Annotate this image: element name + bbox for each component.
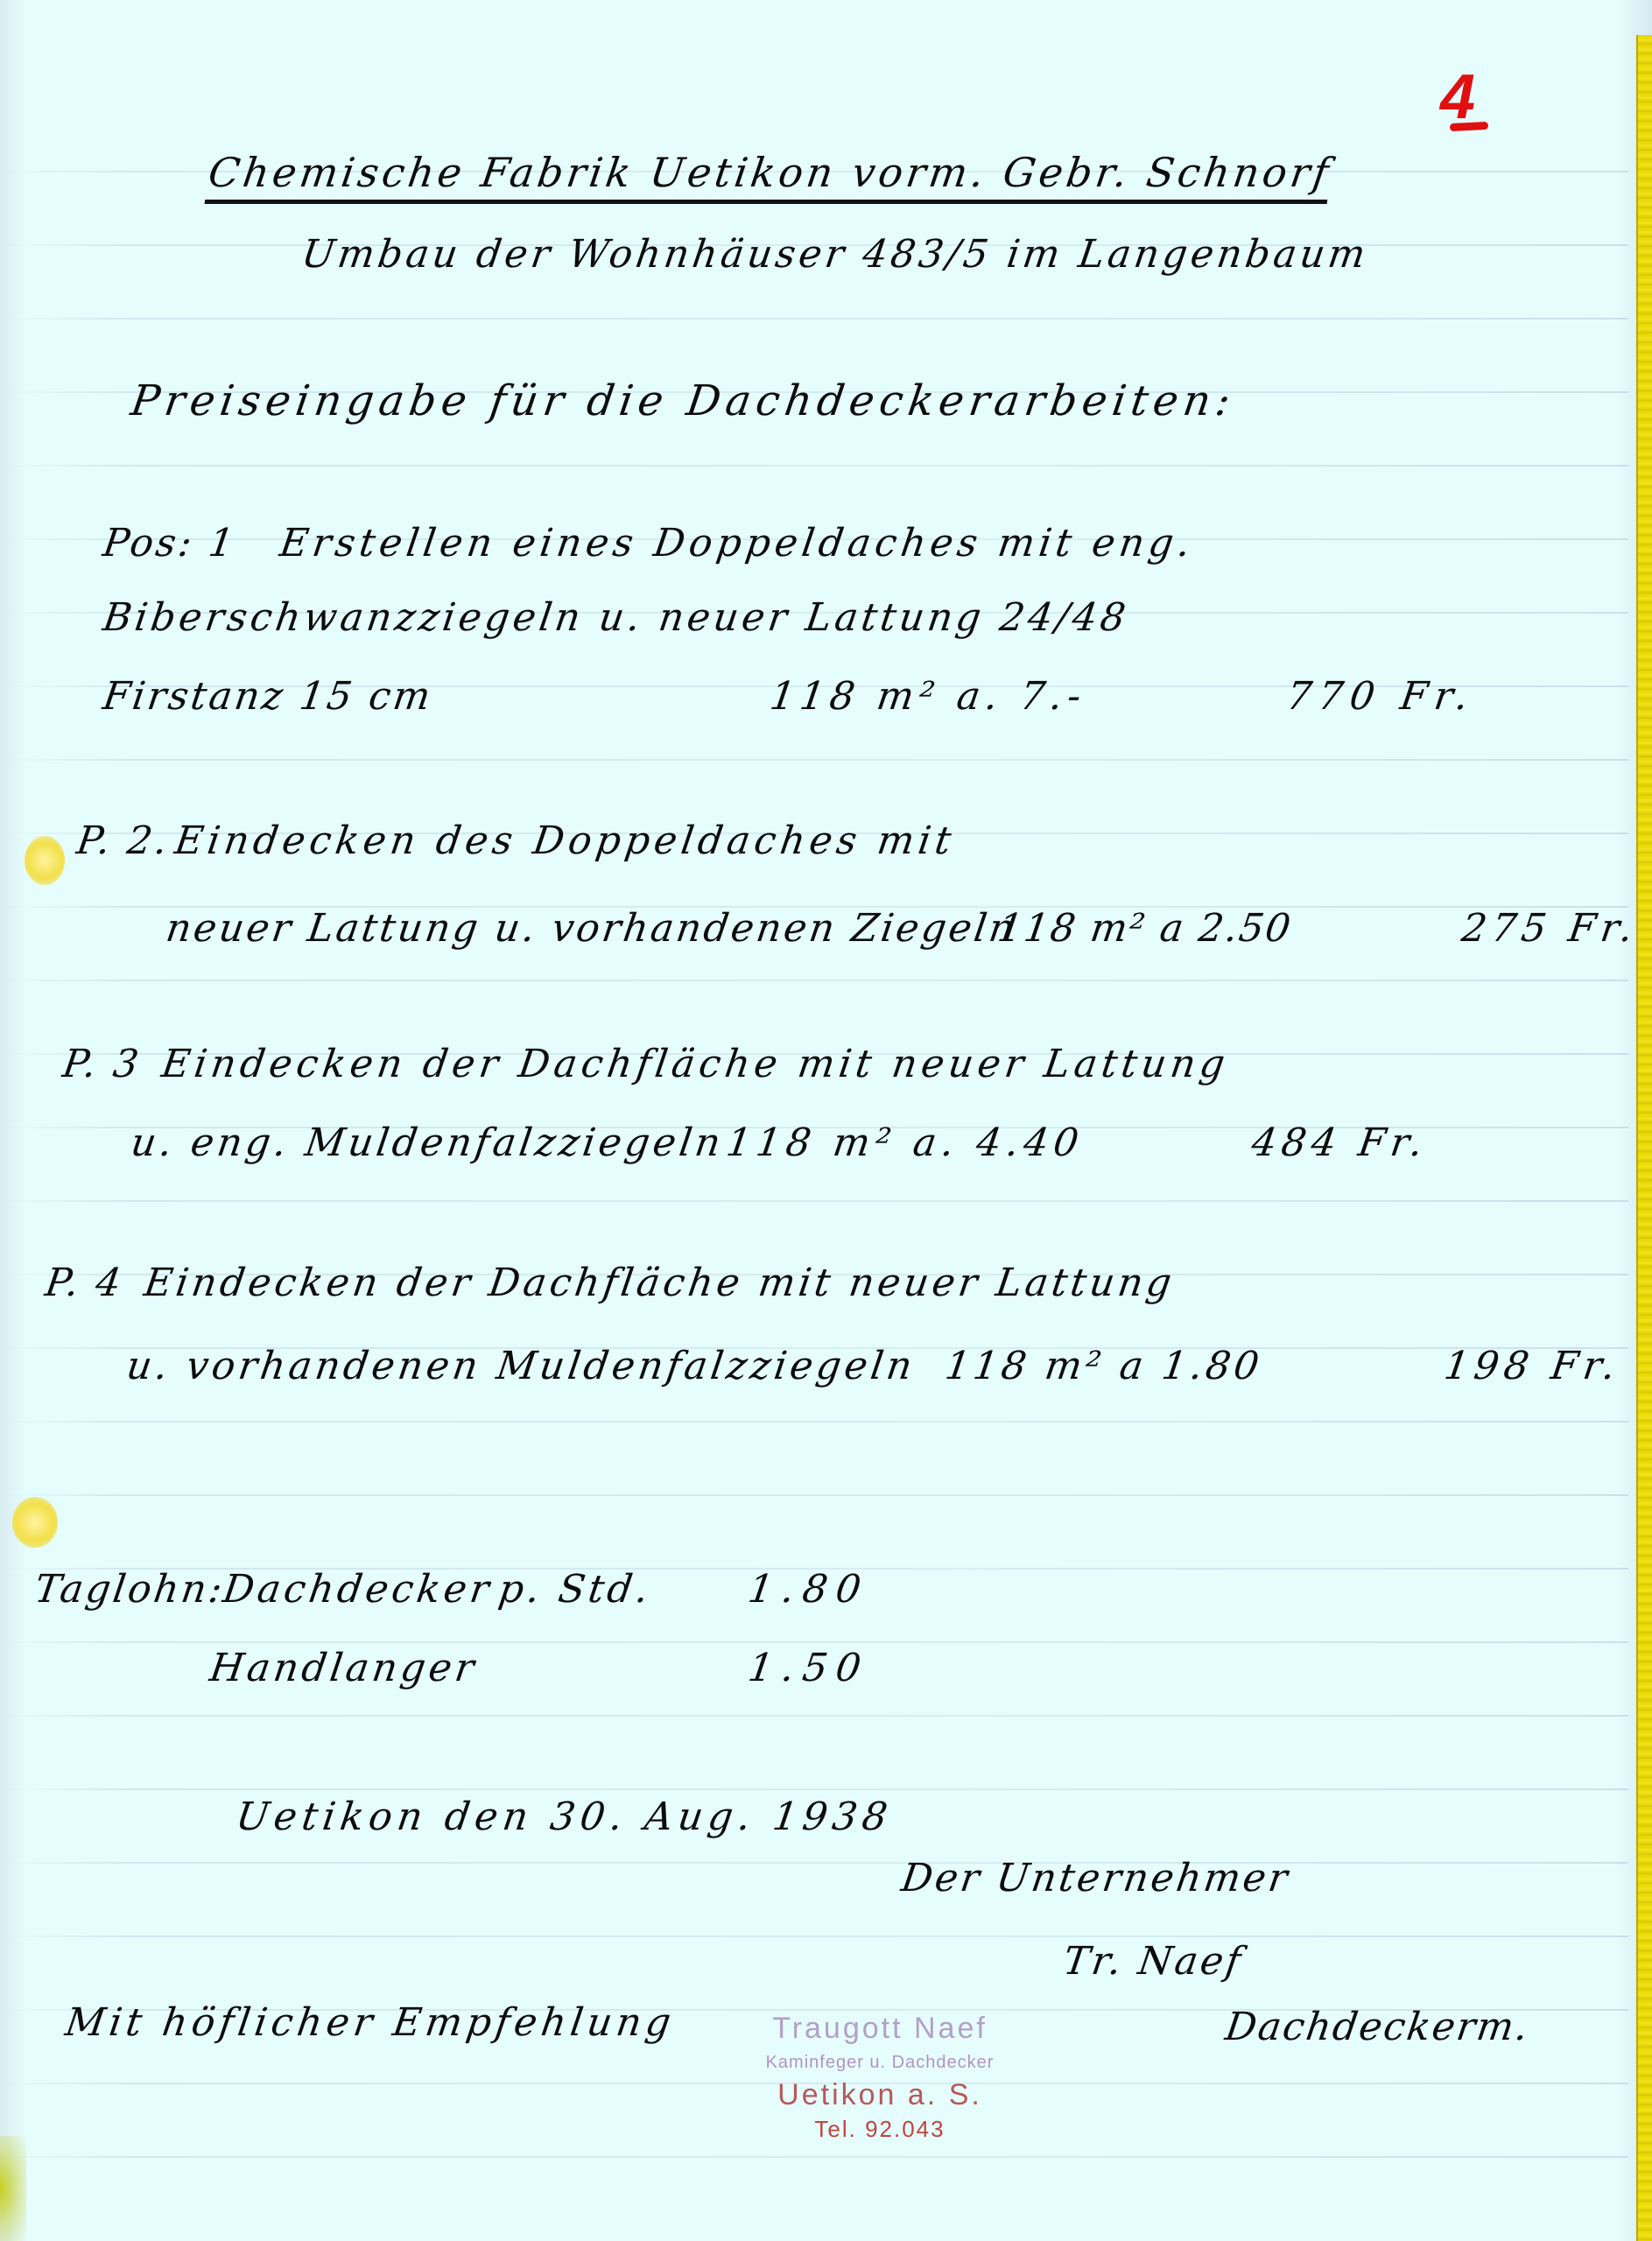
position-line: u. vorhandenen Muldenfalzziegeln <box>123 1344 917 1388</box>
signature-name: Tr. Naef <box>1060 1939 1246 1984</box>
wage-rate: 1.50 <box>745 1646 872 1690</box>
position-amount: 275 Fr. <box>1459 906 1641 951</box>
position-label: P. 4 <box>42 1261 126 1305</box>
signature-title: Der Unternehmer <box>898 1856 1292 1900</box>
stain-mark <box>12 1497 58 1548</box>
quantity-rate: 118 m² a. 4.40 <box>723 1120 1086 1165</box>
position-amount: 484 Fr. <box>1248 1120 1431 1165</box>
ruled-line <box>0 1715 1628 1717</box>
wages-label: Taglohn: <box>32 1567 228 1612</box>
stamp-phone: Tel. 92.043 <box>731 2116 1029 2143</box>
corner-stain <box>0 2136 26 2241</box>
document-title: Chemische Fabrik Uetikon vorm. Gebr. Sch… <box>205 149 1335 204</box>
ruled-line <box>0 1494 1628 1496</box>
position-line: Erstellen eines Doppeldaches mit eng. <box>277 521 1197 566</box>
position-line: Biberschwanzziegeln u. neuer Lattung 24/… <box>100 595 1131 640</box>
position-amount: 770 Fr. <box>1283 674 1478 719</box>
ruled-line <box>0 1935 1628 1937</box>
ruled-line <box>0 318 1628 320</box>
position-line: Eindecken der Dachfläche mit neuer Lattu… <box>141 1261 1177 1305</box>
quantity-rate: 118 m² a 1.80 <box>942 1344 1265 1388</box>
stamp-trade: Kaminfeger u. Dachdecker <box>731 2053 1029 2073</box>
quantity-rate: 118 m² a 2.50 <box>995 906 1295 951</box>
wage-rate: 1.80 <box>745 1567 872 1612</box>
ruled-line <box>0 2156 1628 2158</box>
wage-unit: p. Std. <box>496 1567 654 1612</box>
position-line: neuer Lattung u. vorhandenen Ziegeln <box>163 906 1019 951</box>
ruled-line <box>0 1421 1628 1423</box>
ruled-line <box>0 465 1628 467</box>
position-label: Pos: 1 <box>100 521 239 566</box>
wage-role: Handlanger <box>207 1646 480 1690</box>
page-number-underline <box>1450 122 1488 131</box>
closing-greeting: Mit höflicher Empfehlung <box>62 2000 678 2045</box>
ruled-line <box>0 980 1628 981</box>
stamp-location: Uetikon a. S. <box>731 2078 1029 2112</box>
position-label: P. 2. <box>74 818 172 863</box>
section-heading: Preiseingabe für die Dachdeckerarbeiten: <box>128 376 1239 425</box>
position-line: Eindecken der Dachfläche mit neuer Lattu… <box>158 1042 1232 1086</box>
company-stamp: Traugott Naef Kaminfeger u. Dachdecker U… <box>731 2012 1029 2143</box>
place-date: Uetikon den 30. Aug. 1938 <box>233 1795 895 1839</box>
quantity-rate: 118 m² a. 7.- <box>767 674 1089 719</box>
ruled-line <box>0 1862 1628 1864</box>
stain-mark <box>25 836 65 885</box>
position-line: Firstanz 15 cm <box>100 674 435 719</box>
wage-role: Dachdecker <box>220 1567 495 1612</box>
position-line: Eindecken des Doppeldaches mit <box>172 818 958 863</box>
ruled-line <box>0 759 1628 761</box>
ruled-line <box>0 1200 1628 1202</box>
ruled-line <box>0 1641 1628 1643</box>
ruled-line <box>0 1788 1628 1790</box>
signature-trade: Dachdeckerm. <box>1222 2005 1532 2049</box>
position-label: P. 3 <box>60 1042 144 1086</box>
yellow-paper-edge <box>1636 35 1652 2241</box>
paper-sheet: 4 Chemische Fabrik Uetikon vorm. Gebr. S… <box>0 0 1652 2241</box>
position-amount: 198 Fr. <box>1441 1344 1623 1388</box>
position-line: u. eng. Muldenfalzziegeln <box>128 1120 727 1165</box>
stamp-name: Traugott Naef <box>731 2012 1029 2046</box>
document-subtitle: Umbau der Wohnhäuser 483/5 im Langenbaum <box>299 232 1371 277</box>
